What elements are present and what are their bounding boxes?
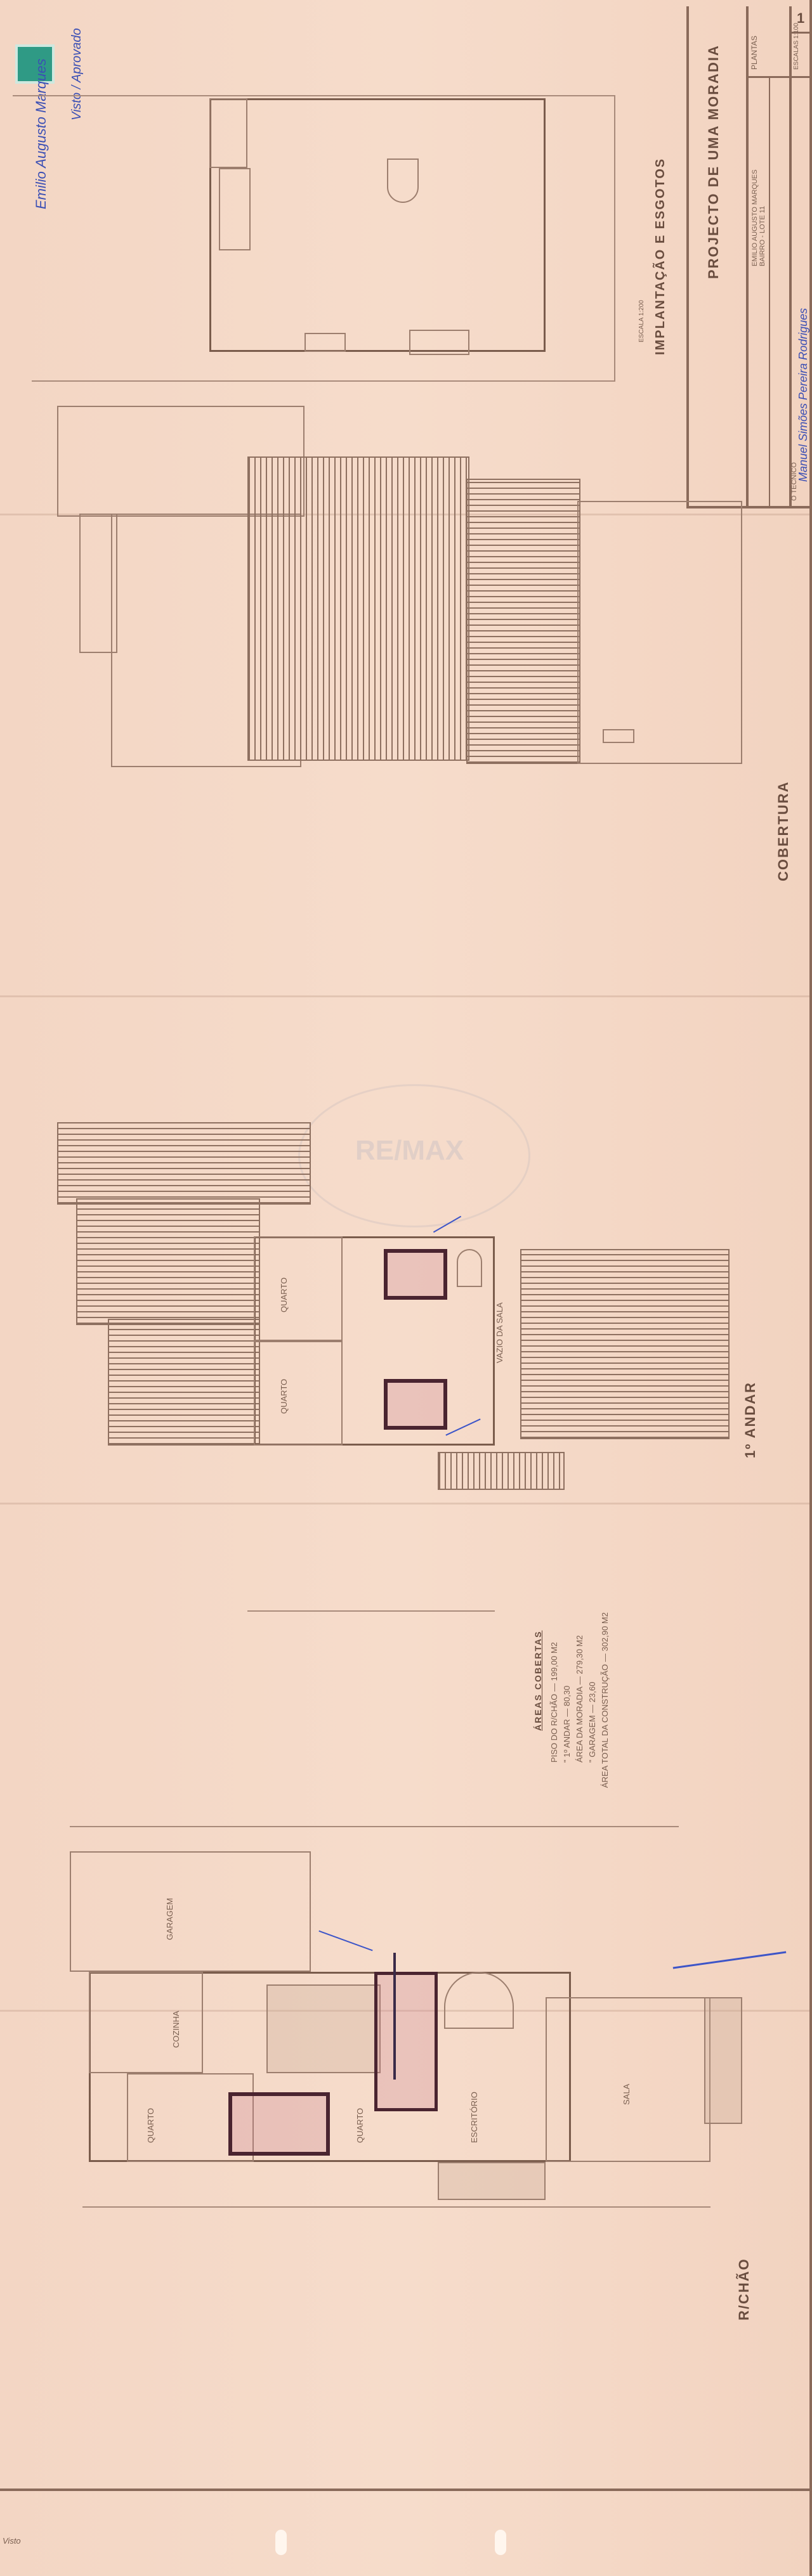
room-label: QUARTO xyxy=(146,2108,155,2143)
areas-table-title: ÁREAS COBERTAS xyxy=(533,1631,543,1731)
sheet-label: PLANTAS xyxy=(750,36,759,70)
technician-signature: Manuel Simões Pereira Rodrigues xyxy=(797,308,810,482)
areas-row: ÁREA TOTAL DA CONSTRUÇÃO — 302,90 M2 xyxy=(600,1612,610,1788)
areas-row: " GARAGEM — 23,60 xyxy=(587,1682,597,1763)
areas-row: " 1º ANDAR — 80,30 xyxy=(562,1686,572,1763)
site-plan-scale: ESCALA 1:200 xyxy=(638,300,645,342)
room-label: GARAGEM xyxy=(165,1898,174,1940)
dimension-line xyxy=(247,1610,495,1612)
bottom-note: Visto xyxy=(3,2536,21,2546)
handwritten-signature: Emilio Augusto Marques xyxy=(33,58,49,209)
room-label: QUARTO xyxy=(279,1379,289,1414)
handwritten-note: Visto / Aprovado xyxy=(70,28,84,120)
site-plan-title: IMPLANTAÇÃO E ESGOTOS xyxy=(653,158,668,355)
areas-row: ÁREA DA MORADIA — 279,30 M2 xyxy=(575,1635,584,1763)
room-label: VAZIO DA SALA xyxy=(495,1302,504,1363)
room-label: QUARTO xyxy=(279,1278,289,1312)
watermark: RE/MAX xyxy=(355,1135,464,1167)
roof-plan-title: COBERTURA xyxy=(775,780,792,881)
project-title: PROJECTO DE UMA MORADIA xyxy=(705,44,722,279)
location-line: BAIRRO - LOTE 11 xyxy=(759,206,766,266)
room-label: ESCRITÓRIO xyxy=(469,2092,479,2143)
room-label: SALA xyxy=(622,2084,631,2105)
right-border xyxy=(809,0,812,2576)
sheet-number: 1 xyxy=(797,10,806,27)
bottom-border xyxy=(0,2489,812,2491)
owner-line: EMILIO AUGUSTO MARQUES xyxy=(751,169,759,266)
room-label: QUARTO xyxy=(355,2108,365,2143)
room-label: COZINHA xyxy=(171,2011,181,2049)
punch-hole-icon xyxy=(275,2530,287,2555)
first-floor-title: 1º ANDAR xyxy=(742,1382,759,1458)
scale-label: ESCALAS 1:100 xyxy=(793,23,800,70)
fold-line xyxy=(0,995,812,997)
punch-hole-icon xyxy=(495,2530,506,2555)
ground-floor-title: R/CHÃO xyxy=(736,2258,752,2320)
areas-row: PISO DO R/CHÃO — 199,00 M2 xyxy=(549,1642,559,1763)
drawing-sheet: Emilio Augusto Marques Visto / Aprovado … xyxy=(0,0,812,2576)
fold-line xyxy=(0,1503,812,1505)
